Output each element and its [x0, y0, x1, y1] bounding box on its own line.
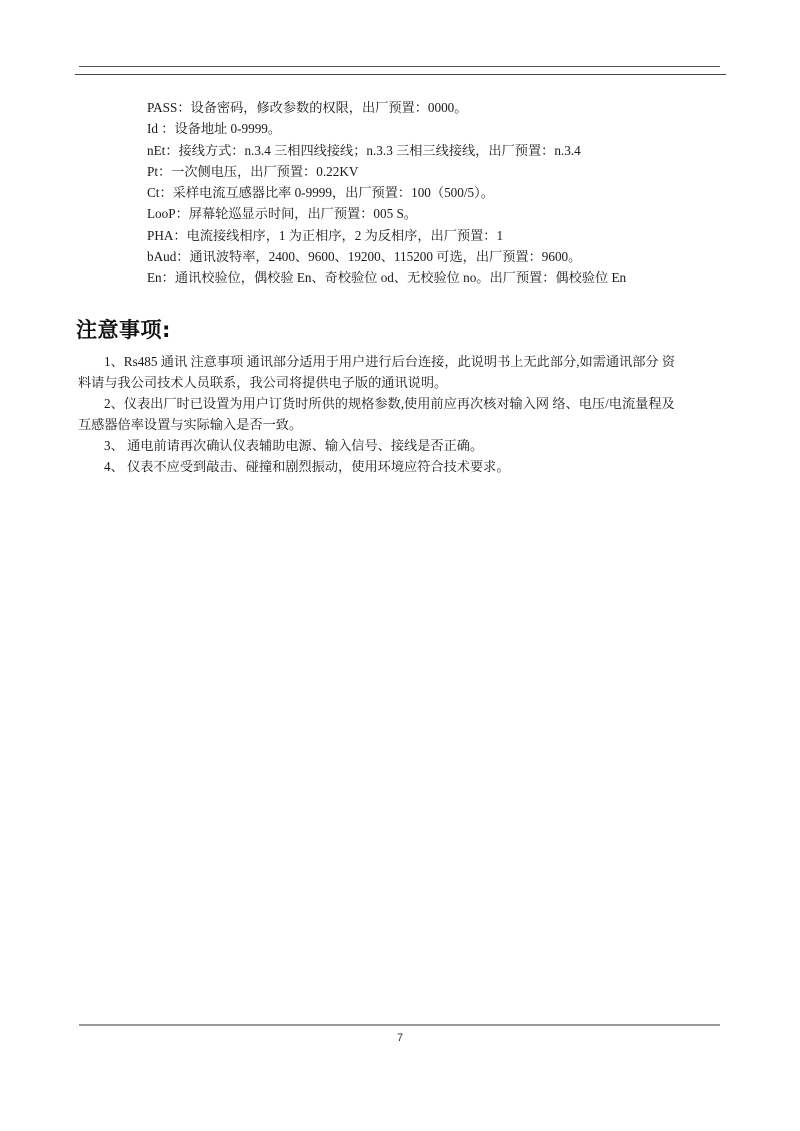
- note-4: 4、 仪表不应受到敲击、碰撞和剧烈振动，使用环境应符合技术要求。: [78, 456, 728, 477]
- note-2-line-1: 2、仪表出厂时已设置为用户订货时所供的规格参数,使用前应再次核对输入网 络、电压…: [78, 393, 728, 414]
- note-1-line-2: 料请与我公司技术人员联系，我公司将提供电子版的通讯说明。: [78, 372, 728, 393]
- param-loop: LooP：屏幕轮巡显示时间，出厂预置：005 S。: [147, 203, 747, 224]
- parameter-list: PASS：设备密码，修改参数的权限，出厂预置：0000。 Id ：设备地址 0-…: [147, 97, 747, 289]
- footer-rule: [79, 1024, 720, 1026]
- header-rule-top: [79, 66, 720, 67]
- note-3: 3、 通电前请再次确认仪表辅助电源、输入信号、接线是否正确。: [78, 435, 728, 456]
- notes-list: 1、Rs485 通讯 注意事项 通讯部分适用于用户进行后台连接，此说明书上无此部…: [78, 351, 728, 477]
- param-id: Id ：设备地址 0-9999。: [147, 118, 747, 139]
- param-baud: bAud：通讯波特率，2400、9600、19200、115200 可选，出厂预…: [147, 246, 747, 267]
- header-rule-bottom: [75, 74, 726, 75]
- param-ct: Ct：采样电流互感器比率 0-9999，出厂预置：100（500/5）。: [147, 182, 747, 203]
- param-pass: PASS：设备密码，修改参数的权限，出厂预置：0000。: [147, 97, 747, 118]
- param-pt: Pt：一次侧电压，出厂预置：0.22KV: [147, 161, 747, 182]
- note-1-line-1: 1、Rs485 通讯 注意事项 通讯部分适用于用户进行后台连接，此说明书上无此部…: [78, 351, 728, 372]
- section-title-notes: 注意事项:: [76, 316, 171, 344]
- note-2-line-2: 互感器倍率设置与实际输入是否一致。: [78, 414, 728, 435]
- page-number: 7: [0, 1032, 800, 1044]
- param-net: nEt：接线方式：n.3.4 三相四线接线；n.3.3 三相三线接线，出厂预置：…: [147, 140, 747, 161]
- param-pha: PHA：电流接线相序，1 为正相序，2 为反相序，出厂预置：1: [147, 225, 747, 246]
- param-en: En：通讯校验位，偶校验 En、奇校验位 od、无校验位 no。出厂预置：偶校验…: [147, 267, 747, 288]
